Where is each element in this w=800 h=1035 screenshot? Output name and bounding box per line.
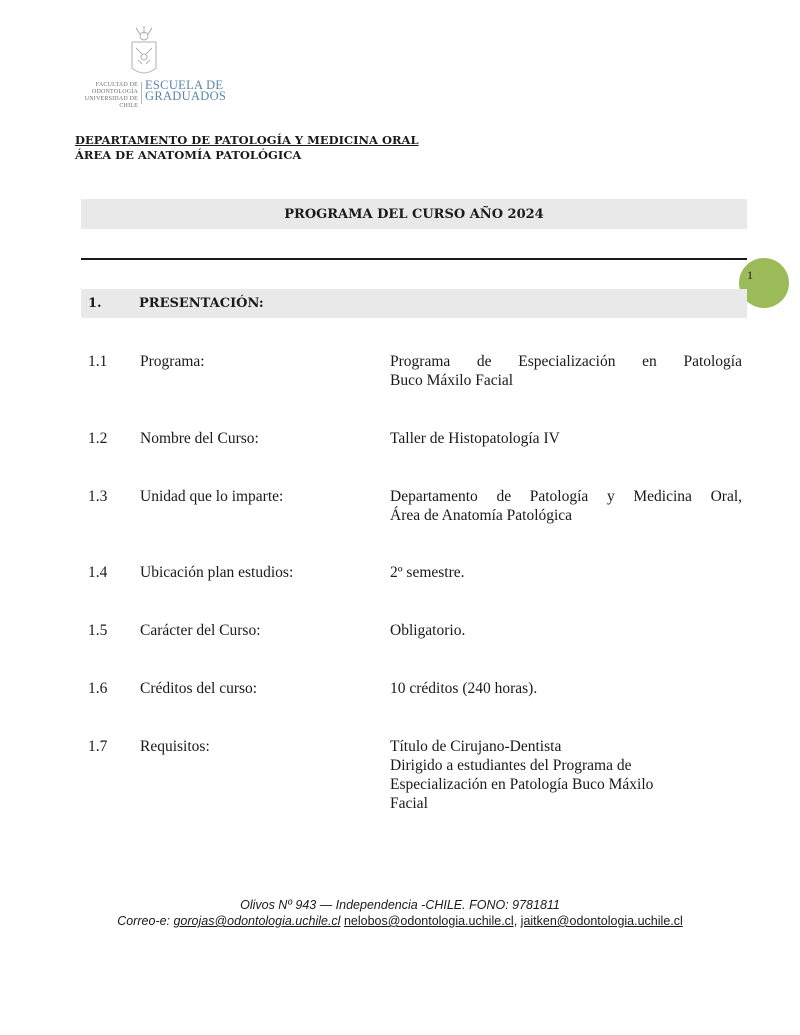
section-label: PRESENTACIÓN:: [139, 296, 264, 311]
email-link-jaitken[interactable]: jaitken@odontologia.uchile.cl: [521, 914, 683, 928]
document-title-text: PROGRAMA DEL CURSO AÑO 2024: [284, 207, 543, 222]
item-label: Ubicación plan estudios:: [140, 563, 293, 582]
item-value: Título de Cirujano-DentistaDirigido a es…: [390, 737, 742, 813]
faculty-line: FACULTAD DE: [74, 82, 138, 89]
item-label: Unidad que lo imparte:: [140, 487, 283, 506]
page-number: 1: [747, 268, 753, 283]
item-value-line: Departamento de Patología y Medicina Ora…: [390, 487, 742, 506]
item-value: 2º semestre.: [390, 563, 742, 582]
item-value-line: Buco Máxilo Facial: [390, 371, 742, 390]
item-value-line: Obligatorio.: [390, 621, 742, 640]
item-number: 1.2: [88, 429, 107, 448]
school-line: GRADUADOS: [145, 91, 226, 102]
item-number: 1.7: [88, 737, 107, 756]
item-value-line: Especialización en Patología Buco Máxilo: [390, 775, 742, 794]
horizontal-rule: [81, 258, 747, 260]
item-label: Programa:: [140, 352, 205, 371]
item-value-line: Área de Anatomía Patológica: [390, 506, 742, 525]
footer-emails: Correo-e: gorojas@odontologia.uchile.cl …: [0, 913, 800, 929]
email-separator: ,: [514, 914, 517, 928]
logo-divider: [141, 82, 142, 104]
item-value: Programa de Especialización en Patología…: [390, 352, 742, 390]
item-value-line: 2º semestre.: [390, 563, 742, 582]
faculty-name: FACULTAD DE ODONTOLOGÍA UNIVERSIDAD DE C…: [74, 82, 138, 110]
email-label: Correo-e:: [117, 914, 170, 928]
footer-address: Olivos Nº 943 — Independencia -CHILE. FO…: [0, 897, 800, 913]
item-number: 1.3: [88, 487, 107, 506]
item-value-line: Facial: [390, 794, 742, 813]
school-name: ESCUELA DE GRADUADOS: [145, 80, 226, 102]
email-link-gorojas[interactable]: gorojas@odontologia.uchile.cl: [173, 914, 340, 928]
item-number: 1.1: [88, 352, 107, 371]
crest-icon: [126, 24, 162, 80]
item-value-line: Título de Cirujano-Dentista: [390, 737, 742, 756]
item-number: 1.6: [88, 679, 107, 698]
item-value: Obligatorio.: [390, 621, 742, 640]
faculty-line: ODONTOLOGÍA: [74, 89, 138, 96]
item-value-line: Dirigido a estudiantes del Programa de: [390, 756, 742, 775]
footer: Olivos Nº 943 — Independencia -CHILE. FO…: [0, 897, 800, 929]
area-name: ÁREA DE ANATOMÍA PATOLÓGICA: [75, 148, 419, 163]
item-value: 10 créditos (240 horas).: [390, 679, 742, 698]
section-heading: 1. PRESENTACIÓN:: [81, 289, 747, 318]
item-value: Departamento de Patología y Medicina Ora…: [390, 487, 742, 525]
document-title: PROGRAMA DEL CURSO AÑO 2024: [81, 199, 747, 229]
department-heading: DEPARTAMENTO DE PATOLOGÍA Y MEDICINA ORA…: [75, 133, 419, 163]
item-label: Créditos del curso:: [140, 679, 257, 698]
item-number: 1.5: [88, 621, 107, 640]
item-value-line: Programa de Especialización en Patología: [390, 352, 742, 371]
item-label: Nombre del Curso:: [140, 429, 259, 448]
item-label: Requisitos:: [140, 737, 210, 756]
item-label: Carácter del Curso:: [140, 621, 261, 640]
section-number: 1.: [88, 296, 102, 311]
item-value-line: Taller de Histopatología IV: [390, 429, 742, 448]
email-link-nelobos[interactable]: nelobos@odontologia.uchile.cl: [344, 914, 514, 928]
item-value: Taller de Histopatología IV: [390, 429, 742, 448]
department-name: DEPARTAMENTO DE PATOLOGÍA Y MEDICINA ORA…: [75, 133, 419, 148]
university-logo: FACULTAD DE ODONTOLOGÍA UNIVERSIDAD DE C…: [74, 24, 224, 106]
item-number: 1.4: [88, 563, 107, 582]
faculty-line: UNIVERSIDAD DE CHILE: [74, 96, 138, 110]
item-value-line: 10 créditos (240 horas).: [390, 679, 742, 698]
